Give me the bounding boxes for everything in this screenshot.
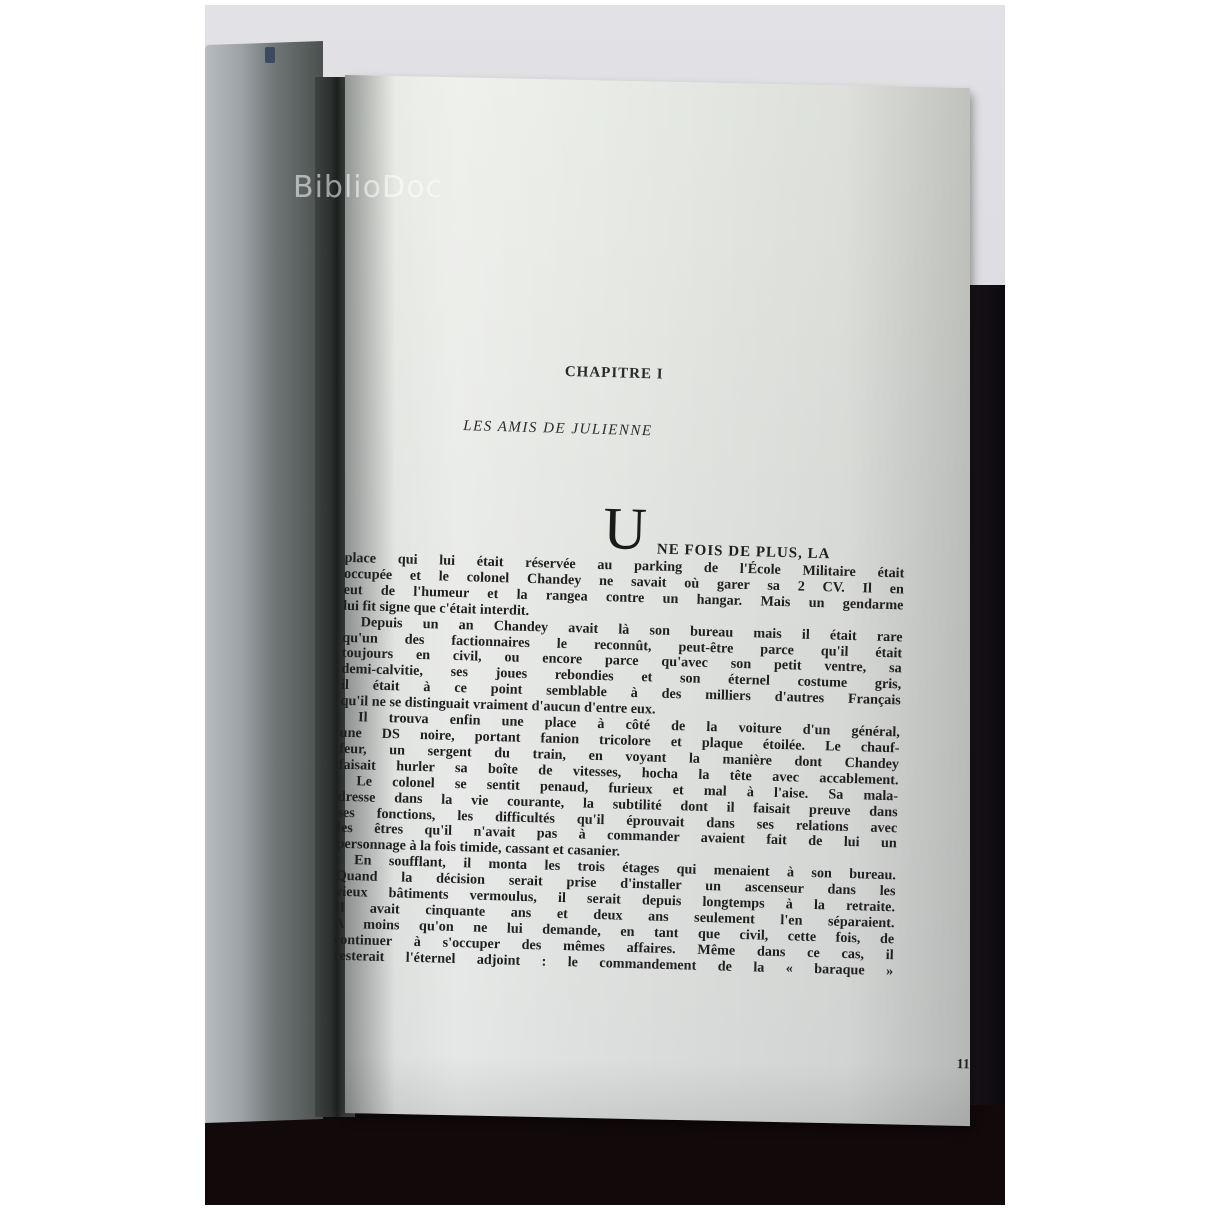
bookmark-ribbon xyxy=(265,47,275,63)
page-text: CHAPITRE I LES AMIS DE JULIENNE U NE FOI… xyxy=(360,5,920,21)
book-photo: BiblioDoc CHAPITRE I LES AMIS DE JULIENN… xyxy=(205,5,1005,1205)
watermark: BiblioDoc xyxy=(293,170,443,205)
drop-cap: U xyxy=(603,498,648,559)
body-text: place qui lui était réservée au parking … xyxy=(333,551,904,980)
chapter-number: CHAPITRE I xyxy=(565,364,664,384)
page-number: 11 xyxy=(956,1057,970,1073)
